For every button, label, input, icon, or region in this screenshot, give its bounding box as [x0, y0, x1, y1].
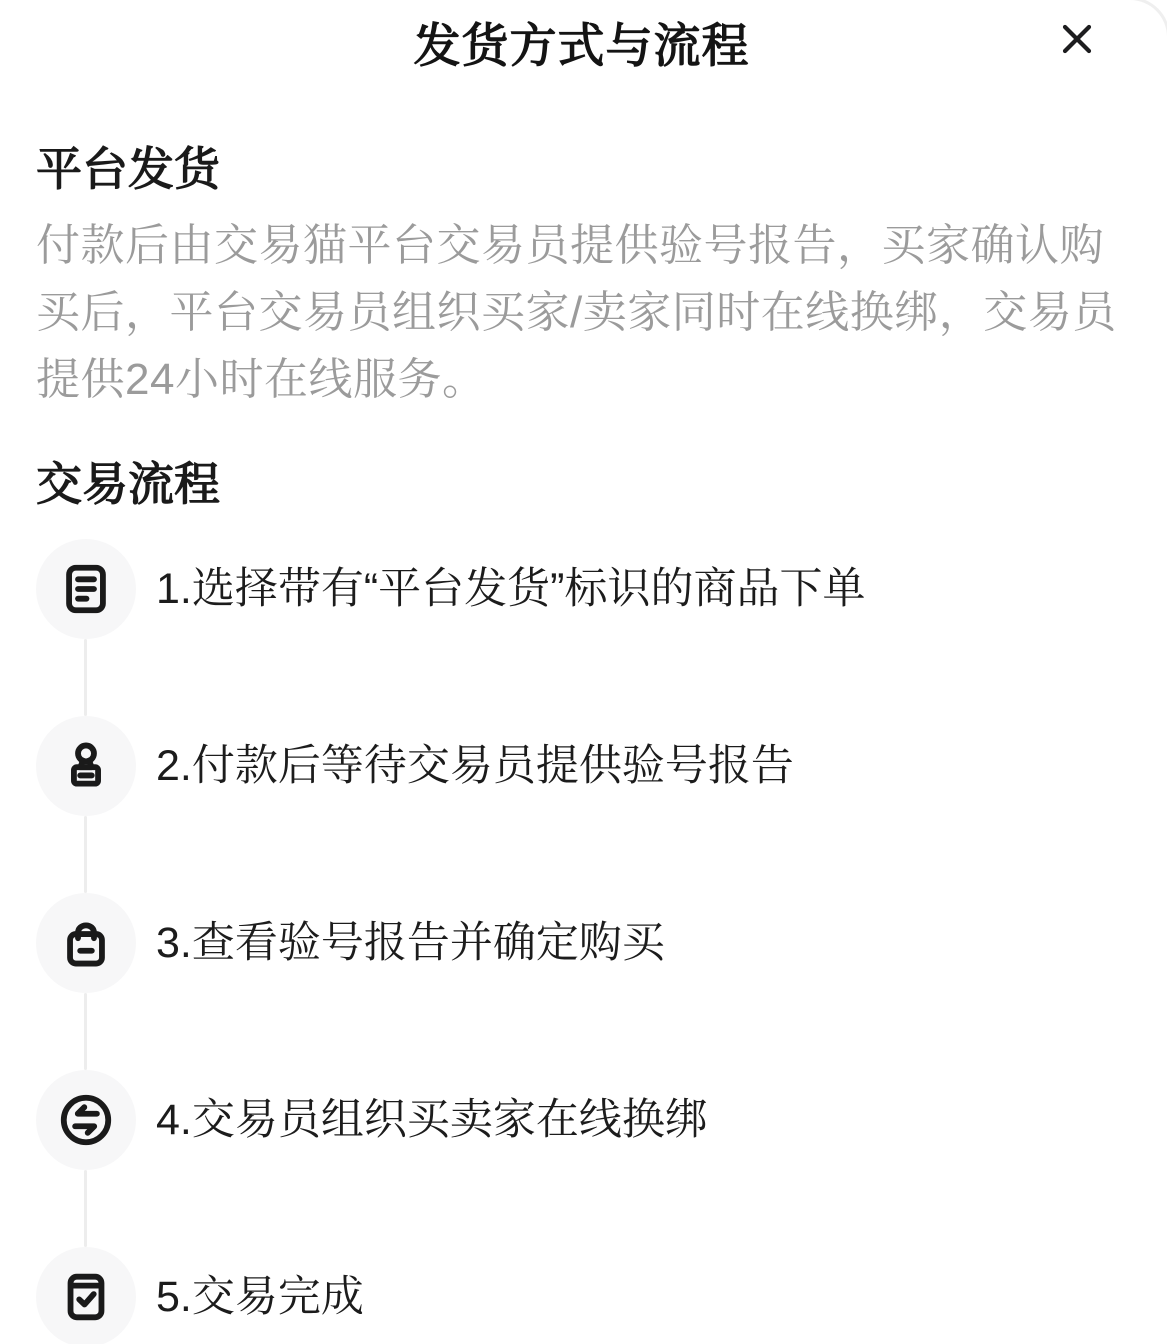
step-connector-line	[84, 1170, 87, 1247]
stamp-icon	[57, 737, 115, 795]
close-button[interactable]	[1049, 12, 1105, 68]
step-item-4: 4.交易员组织买卖家在线换绑	[36, 1070, 1127, 1170]
step-label: 5.交易完成	[156, 1269, 364, 1325]
step-label: 3.查看验号报告并确定购买	[156, 915, 665, 971]
step-4-icon-circle	[36, 1070, 136, 1170]
step-label: 1.选择带有“平台发货”标识的商品下单	[156, 561, 866, 617]
shipping-method-sheet: 发货方式与流程 平台发货 付款后由交易猫平台交易员提供验号报告，买家确认购买后，…	[0, 0, 1167, 1344]
check-square-icon	[57, 1268, 115, 1326]
platform-shipping-description: 付款后由交易猫平台交易员提供验号报告，买家确认购买后，平台交易员组织买家/卖家同…	[36, 212, 1127, 413]
step-item-1: 1.选择带有“平台发货”标识的商品下单	[36, 539, 1127, 639]
step-3-icon-circle	[36, 893, 136, 993]
transaction-steps: 1.选择带有“平台发货”标识的商品下单 2.付款后等待交易员提供验号报告	[36, 539, 1127, 1344]
step-label: 4.交易员组织买卖家在线换绑	[156, 1092, 708, 1148]
swap-arrows-icon	[57, 1091, 115, 1149]
shopping-bag-icon	[57, 914, 115, 972]
transaction-process-heading: 交易流程	[36, 457, 1127, 511]
platform-shipping-heading: 平台发货	[36, 142, 1127, 196]
step-1-icon-circle	[36, 539, 136, 639]
step-item-3: 3.查看验号报告并确定购买	[36, 893, 1127, 993]
step-connector-line	[84, 639, 87, 716]
step-connector-line	[84, 993, 87, 1070]
page-title: 发货方式与流程	[36, 20, 1127, 72]
close-icon	[1055, 17, 1099, 64]
step-2-icon-circle	[36, 716, 136, 816]
step-item-5: 5.交易完成	[36, 1247, 1127, 1344]
step-item-2: 2.付款后等待交易员提供验号报告	[36, 716, 1127, 816]
step-connector-line	[84, 816, 87, 893]
step-label: 2.付款后等待交易员提供验号报告	[156, 738, 794, 794]
document-icon	[57, 560, 115, 618]
sheet-header: 发货方式与流程	[36, 0, 1127, 92]
step-5-icon-circle	[36, 1247, 136, 1344]
